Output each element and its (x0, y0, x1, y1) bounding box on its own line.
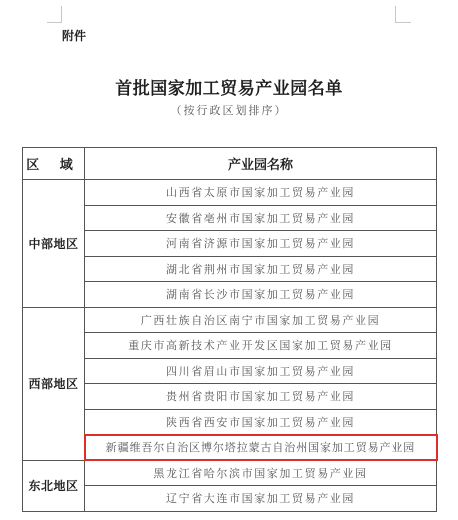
table-row-highlighted: 新疆维吾尔自治区博尔塔拉蒙古自治州国家加工贸易产业园 (23, 435, 437, 461)
park-cell: 辽宁省大连市国家加工贸易产业园 (85, 486, 437, 512)
park-cell: 湖北省荆州市国家加工贸易产业园 (85, 256, 437, 282)
document-title: 首批国家加工贸易产业园名单 (0, 74, 458, 99)
park-cell: 重庆市高新技术产业开发区国家加工贸易产业园 (85, 333, 437, 359)
industrial-park-table: 区 域 产业园名称 中部地区 山西省太原市国家加工贸易产业园 安徽省亳州市国家加… (22, 147, 437, 512)
park-cell: 安徽省亳州市国家加工贸易产业园 (85, 205, 437, 231)
header-park-name: 产业园名称 (85, 148, 437, 180)
page-corner-mark-top-right (395, 6, 411, 23)
attachment-label: 附件 (62, 27, 86, 44)
table-row: 四川省眉山市国家加工贸易产业园 (23, 358, 437, 384)
table-row: 湖南省长沙市国家加工贸易产业园 (23, 282, 437, 308)
park-cell: 河南省济源市国家加工贸易产业园 (85, 231, 437, 257)
park-cell: 黑龙江省哈尔滨市国家加工贸易产业园 (85, 460, 437, 486)
table-row: 湖北省荆州市国家加工贸易产业园 (23, 256, 437, 282)
region-cell-western: 西部地区 (23, 307, 85, 460)
table-row: 河南省济源市国家加工贸易产业园 (23, 231, 437, 257)
document-subtitle: （按行政区划排序） (0, 102, 458, 118)
region-cell-northeast: 东北地区 (23, 460, 85, 511)
park-cell: 四川省眉山市国家加工贸易产业园 (85, 358, 437, 384)
park-cell-highlighted: 新疆维吾尔自治区博尔塔拉蒙古自治州国家加工贸易产业园 (85, 435, 437, 461)
table-row: 安徽省亳州市国家加工贸易产业园 (23, 205, 437, 231)
table-row: 陕西省西安市国家加工贸易产业园 (23, 409, 437, 435)
table-row: 辽宁省大连市国家加工贸易产业园 (23, 486, 437, 512)
park-cell: 湖南省长沙市国家加工贸易产业园 (85, 282, 437, 308)
table-row: 东北地区 黑龙江省哈尔滨市国家加工贸易产业园 (23, 460, 437, 486)
header-region: 区 域 (23, 148, 85, 180)
table-row: 贵州省贵阳市国家加工贸易产业园 (23, 384, 437, 410)
table-header-row: 区 域 产业园名称 (23, 148, 437, 180)
region-cell-central: 中部地区 (23, 180, 85, 308)
park-cell: 贵州省贵阳市国家加工贸易产业园 (85, 384, 437, 410)
park-cell: 山西省太原市国家加工贸易产业园 (85, 180, 437, 206)
park-cell: 陕西省西安市国家加工贸易产业园 (85, 409, 437, 435)
table-row: 西部地区 广西壮族自治区南宁市国家加工贸易产业园 (23, 307, 437, 333)
table-row: 中部地区 山西省太原市国家加工贸易产业园 (23, 180, 437, 206)
table-row: 重庆市高新技术产业开发区国家加工贸易产业园 (23, 333, 437, 359)
page-corner-mark-top-left (47, 6, 62, 23)
park-cell: 广西壮族自治区南宁市国家加工贸易产业园 (85, 307, 437, 333)
